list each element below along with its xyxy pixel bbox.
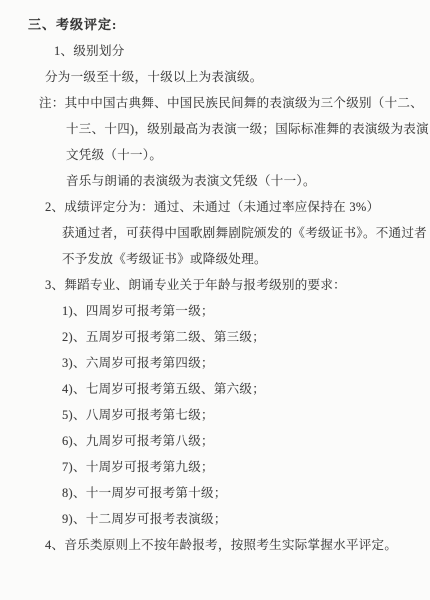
item-2-continuation-1: 获通过者，可获得中国歌剧舞剧院颁发的《考级证书》。不通过者 [0,220,430,246]
note-line-2: 十三、十四)，级别最高为表演一级；国际标准舞的表演级为表演 [0,116,430,142]
section-heading: 三、考级评定: [0,12,430,38]
age-rule-9: 9)、十二周岁可报考表演级； [0,506,430,532]
item-3-age-requirements: 3、舞蹈专业、朗诵专业关于年龄与报考级别的要求： [0,272,430,298]
age-rule-1: 1)、四周岁可报考第一级； [0,298,430,324]
note-line-3: 文凭级（十一）。 [0,142,430,168]
document-page: 三、考级评定: 1、级别划分 分为一级至十级，十级以上为表演级。 注：其中中国古… [0,0,430,600]
note-line-4: 音乐与朗诵的表演级为表演文凭级（十一）。 [0,168,430,194]
level-range-text: 分为一级至十级，十级以上为表演级。 [0,64,430,90]
item-2-continuation-2: 不予发放《考级证书》或降级处理。 [0,246,430,272]
note-line-1: 注：其中中国古典舞、中国民族民间舞的表演级为三个级别（十二、 [0,90,430,116]
age-rule-6: 6)、九周岁可报考第八级； [0,428,430,454]
age-rule-5: 5)、八周岁可报考第七级； [0,402,430,428]
age-rule-4: 4)、七周岁可报考第五级、第六级； [0,376,430,402]
age-rule-2: 2)、五周岁可报考第二级、第三级； [0,324,430,350]
age-rule-8: 8)、十一周岁可报考第十级； [0,480,430,506]
age-rule-3: 3)、六周岁可报考第四级； [0,350,430,376]
age-rule-7: 7)、十周岁可报考第九级； [0,454,430,480]
item-2-grading-results: 2、成绩评定分为：通过、未通过（未通过率应保持在 3%） [0,194,430,220]
item-4-music-rule: 4、音乐类原则上不按年龄报考，按照考生实际掌握水平评定。 [0,532,430,558]
subheading-level-division: 1、级别划分 [0,38,430,64]
